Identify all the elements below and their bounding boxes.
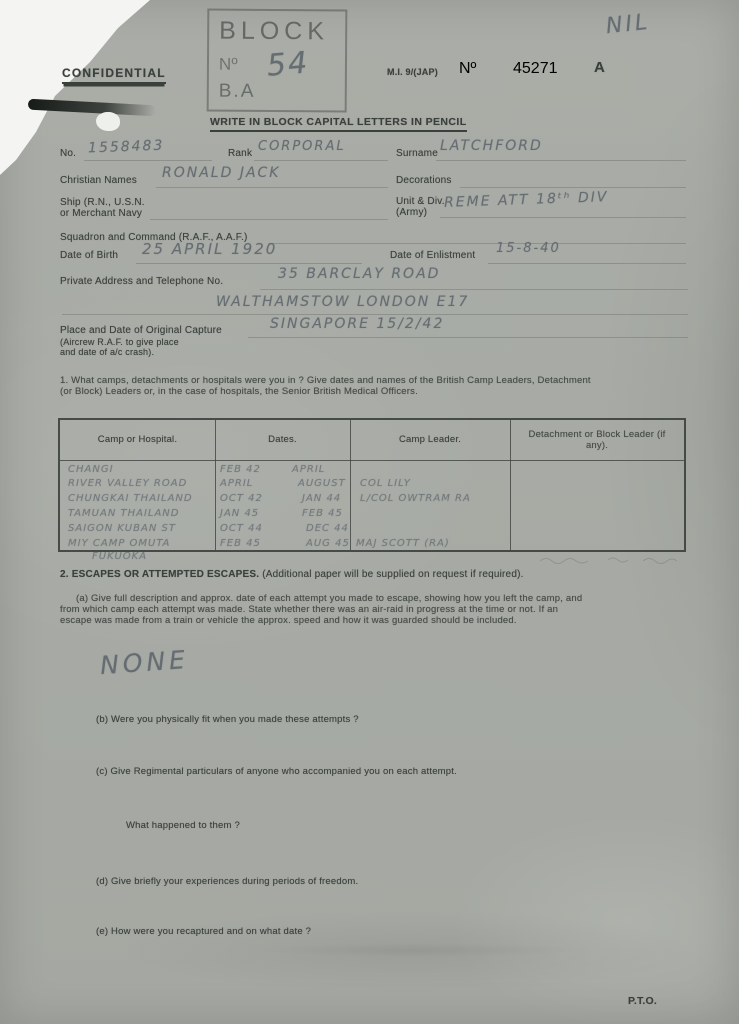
stamp-no: Nº xyxy=(219,55,238,75)
field-surname-label: Surname xyxy=(396,148,438,159)
field-rule xyxy=(260,289,688,290)
field-decorations-label: Decorations xyxy=(396,175,452,186)
field-christian-value: RONALD JACK xyxy=(162,165,281,181)
field-enlist-label: Date of Enlistment xyxy=(390,250,475,261)
field-address-value2: WALTHAMSTOW LONDON E17 xyxy=(216,294,469,310)
form-ref-no-sign: Nº xyxy=(459,60,476,78)
question-2-note: (Additional paper will be supplied on re… xyxy=(259,569,523,580)
field-dob-value: 25 APRIL 1920 xyxy=(142,240,277,258)
stamp-word: BLOCK xyxy=(219,17,329,47)
date-from-cell: OCT 42 xyxy=(220,493,263,504)
field-rule xyxy=(268,243,686,244)
date-to-cell: AUGUST xyxy=(298,478,346,489)
field-rule xyxy=(156,187,388,188)
question-2a-line1: (a) Give full description and approx. da… xyxy=(60,593,708,604)
question-2b: (b) Were you physically fit when you mad… xyxy=(96,714,359,725)
date-from-cell: OCT 44 xyxy=(220,523,263,534)
tear-streak xyxy=(28,99,156,117)
question-2e: (e) How were you recaptured and on what … xyxy=(96,926,311,937)
field-unit-label2: (Army) xyxy=(396,207,427,218)
camps-table: Camp or Hospital. Dates. Camp Leader. De… xyxy=(58,418,686,552)
leader-cell: MAJ SCOTT (RA) xyxy=(356,538,450,549)
leader-cell: L/COL OWTRAM RA xyxy=(360,493,471,504)
field-unit-value: REME ATT 18ᵗʰ DIV xyxy=(444,189,609,211)
paper-stain xyxy=(180,940,660,960)
table-header-leader: Camp Leader. xyxy=(350,434,510,445)
field-rule xyxy=(254,160,388,161)
stamp-hand-number: 54 xyxy=(266,45,311,83)
date-to-cell: APRIL xyxy=(292,464,325,475)
stamp-ba: B.A xyxy=(219,81,256,103)
camp-cell: TAMUAN THAILAND xyxy=(68,508,180,519)
question-2-title: 2. ESCAPES OR ATTEMPTED ESCAPES. xyxy=(60,569,259,580)
field-no-label: No. xyxy=(60,148,76,159)
field-ship-label2: or Merchant Navy xyxy=(60,208,142,219)
field-capture-label: Place and Date of Original Capture xyxy=(60,325,222,336)
question-2-heading: 2. ESCAPES OR ATTEMPTED ESCAPES. (Additi… xyxy=(60,569,524,580)
date-from-cell: FEB 42 xyxy=(220,464,261,475)
camp-cell: CHUNGKAI THAILAND xyxy=(68,493,193,504)
camp-cell-line2: FUKUOKA xyxy=(92,551,147,562)
table-header-detachment: Detachment or Block Leader (if any). xyxy=(522,429,672,451)
field-rule xyxy=(440,217,686,218)
date-to-cell: JAN 44 xyxy=(302,493,341,504)
form-ref-dept: M.I. 9/(JAP) xyxy=(387,67,438,77)
question-2c-followup: What happened to them ? xyxy=(126,820,240,831)
field-unit-label: Unit & Div. xyxy=(396,196,445,207)
field-rule xyxy=(488,263,686,264)
camp-cell: CHANGI xyxy=(68,464,114,475)
table-header-camp: Camp or Hospital. xyxy=(60,434,215,445)
field-ship-label: Ship (R.N., U.S.N. xyxy=(60,197,145,208)
question-2a-line2: from which camp each attempt was made. S… xyxy=(60,604,692,615)
field-christian-label: Christian Names xyxy=(60,175,137,186)
instruction-banner: WRITE IN BLOCK CAPITAL LETTERS IN PENCIL xyxy=(210,116,467,132)
table-divider xyxy=(510,420,511,550)
field-rule xyxy=(62,314,688,315)
date-from-cell: JAN 45 xyxy=(220,508,259,519)
field-rank-label: Rank xyxy=(228,148,252,159)
nil-annotation: NIL xyxy=(605,10,652,39)
form-ref-suffix: A xyxy=(594,59,605,76)
date-to-cell: AUG 45 xyxy=(306,538,350,549)
question-2d: (d) Give briefly your experiences during… xyxy=(96,876,358,887)
field-rank-value: CORPORAL xyxy=(258,139,346,154)
date-from-cell: FEB 45 xyxy=(220,538,261,549)
field-rule xyxy=(84,160,212,161)
field-rule xyxy=(150,219,388,220)
field-dob-label: Date of Birth xyxy=(60,250,118,261)
field-rule xyxy=(436,160,686,161)
date-to-cell: FEB 45 xyxy=(302,508,343,519)
date-to-cell: DEC 44 xyxy=(306,523,349,534)
camp-cell: MIY CAMP OMUTA xyxy=(68,538,170,549)
date-from-cell: APRIL xyxy=(220,478,253,489)
field-address-value1: 35 BARCLAY ROAD xyxy=(278,266,440,282)
field-surname-value: LATCHFORD xyxy=(440,138,543,154)
question-1-line1: 1. What camps, detachments or hospitals … xyxy=(60,375,690,386)
pto-label: P.T.O. xyxy=(628,995,657,1007)
table-header-dates: Dates. xyxy=(215,434,350,445)
censor-stamp: BLOCK Nº 54 B.A xyxy=(207,9,348,113)
scanned-pow-questionnaire: CONFIDENTIAL BLOCK Nº 54 B.A NIL M.I. 9/… xyxy=(0,0,739,1024)
camp-cell: RIVER VALLEY ROAD xyxy=(68,478,187,489)
field-rule xyxy=(460,187,686,188)
field-capture-sub2: and date of a/c crash). xyxy=(60,347,154,357)
question-2c: (c) Give Regimental particulars of anyon… xyxy=(96,766,457,777)
pencil-scribble xyxy=(538,554,698,566)
answer-none: NONE xyxy=(99,645,190,680)
field-no-value: 1558483 xyxy=(88,138,165,157)
field-address-label: Private Address and Telephone No. xyxy=(60,276,223,287)
confidential-label: CONFIDENTIAL xyxy=(62,66,166,84)
leader-cell: COL LILY xyxy=(360,478,411,489)
field-rule xyxy=(248,337,688,338)
camp-cell: SAIGON KUBAN ST xyxy=(68,523,176,534)
field-enlist-value: 15-8-40 xyxy=(496,241,561,256)
field-rule xyxy=(136,263,362,264)
question-2a-line3: escape was made from a train or vehicle … xyxy=(60,615,692,626)
form-ref-number: 45271 xyxy=(513,60,558,78)
question-1-line2: (or Block) Leaders or, in the case of ho… xyxy=(60,386,690,397)
field-capture-sub1: (Aircrew R.A.F. to give place xyxy=(60,337,179,347)
table-header-rule xyxy=(60,460,684,461)
tear-hole xyxy=(96,112,120,131)
field-capture-value: SINGAPORE 15/2/42 xyxy=(270,316,444,332)
